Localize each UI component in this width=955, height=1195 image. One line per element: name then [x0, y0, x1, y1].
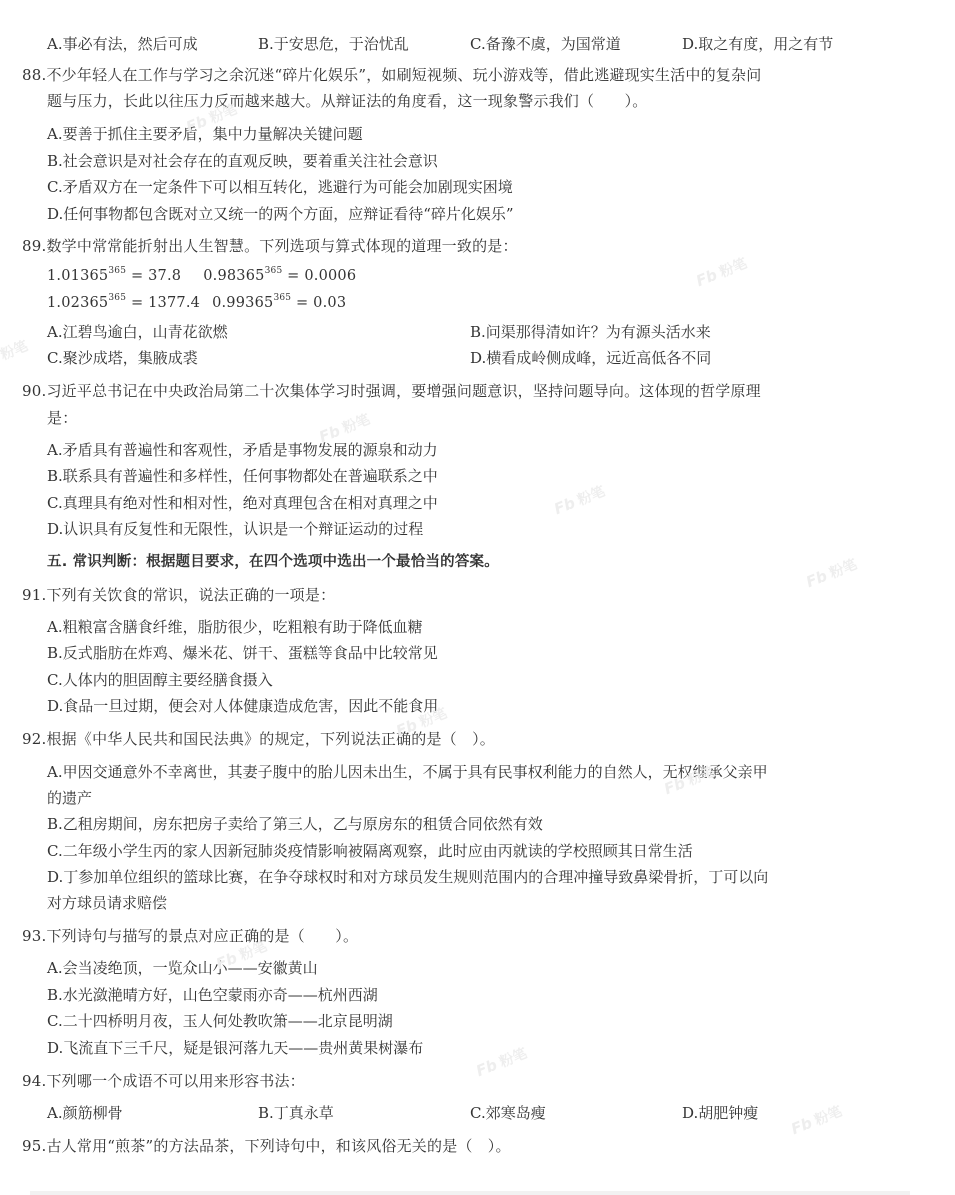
- q91-stem-text: 下列有关饮食的常识，说法正确的一项是：: [46, 586, 335, 604]
- q92-option-c[interactable]: C.二年级小学生丙的家人因新冠肺炎疫情影响被隔离观察，此时应由丙就读的学校照顾其…: [47, 841, 693, 861]
- formula-value: = 1377.4: [126, 295, 200, 311]
- q93-stem: 93.下列诗句与描写的景点对应正确的是（ ）。: [22, 926, 358, 946]
- q94-option-b[interactable]: B.丁真永草: [258, 1103, 334, 1123]
- q91-option-d[interactable]: D.食品一旦过期，便会对人体健康造成危害，因此不能食用: [47, 696, 438, 716]
- q94-option-c[interactable]: C.郊寒岛瘦: [470, 1103, 546, 1123]
- q87-option-d[interactable]: D.取之有度，用之有节: [682, 34, 833, 54]
- section-heading: 五. 常识判断：根据题目要求，在四个选项中选出一个最恰当的答案。: [47, 552, 499, 572]
- q88-option-b[interactable]: B.社会意识是对社会存在的直观反映，要着重关注社会意识: [47, 151, 438, 171]
- q89-option-d[interactable]: D.横看成岭侧成峰，远近高低各不同: [470, 348, 711, 368]
- q89-stem: 89.数学中常常能折射出人生智慧。下列选项与算式体现的道理一致的是：: [22, 236, 518, 256]
- q93-stem-text: 下列诗句与描写的景点对应正确的是（ ）。: [46, 927, 358, 945]
- q89-formula-row-2: 1.02365365 = 1377.40.99365365 = 0.03: [47, 289, 346, 313]
- question-number: 89.: [22, 236, 46, 256]
- q92-option-d[interactable]: D.丁参加单位组织的篮球比赛，在争夺球权时和对方球员发生规则范围内的合理冲撞导致…: [47, 867, 768, 887]
- q88-stem-line2: 题与压力，长此以往压力反而越来越大。从辩证法的角度看，这一现象警示我们（ ）。: [47, 91, 648, 111]
- formula-value: = 0.0006: [282, 268, 356, 284]
- formula-base: 1.01365: [47, 268, 108, 284]
- q89-option-a[interactable]: A.江碧鸟逾白，山青花欲燃: [47, 322, 228, 342]
- q92-option-a-cont[interactable]: 的遗产: [47, 788, 92, 808]
- question-number: 93.: [22, 926, 46, 946]
- q90-stem-line2: 是：: [47, 408, 77, 428]
- q87-option-b[interactable]: B.于安思危，于治忧乱: [258, 34, 409, 54]
- q94-stem-text: 下列哪一个成语不可以用来形容书法：: [46, 1072, 304, 1090]
- q87-option-a[interactable]: A.事必有法，然后可成: [47, 34, 198, 54]
- formula-value: = 37.8: [126, 268, 181, 284]
- q92-stem-text: 根据《中华人民共和国民法典》的规定，下列说法正确的是（ ）。: [46, 730, 495, 748]
- formula-base: 0.99365: [212, 295, 273, 311]
- q90-option-a[interactable]: A.矛盾具有普遍性和客观性，矛盾是事物发展的源泉和动力: [47, 440, 438, 460]
- question-number: 88.: [22, 65, 46, 85]
- q87-option-c[interactable]: C.备豫不虞，为国常道: [470, 34, 621, 54]
- watermark-logo-icon: Fb粉笔: [788, 1101, 845, 1139]
- formula-exponent: 365: [273, 293, 291, 303]
- q90-stem-line1: 习近平总书记在中央政治局第二十次集体学习时强调，要增强问题意识，坚持问题导向。这…: [46, 382, 760, 400]
- q92-option-b[interactable]: B.乙租房期间，房东把房子卖给了第三人，乙与原房东的租赁合同依然有效: [47, 814, 543, 834]
- question-number: 92.: [22, 729, 46, 749]
- q90-option-d[interactable]: D.认识具有反复性和无限性，认识是一个辩证运动的过程: [47, 519, 423, 539]
- q94-option-d[interactable]: D.胡肥钟瘦: [682, 1103, 758, 1123]
- q92-option-d-cont[interactable]: 对方球员请求赔偿: [47, 893, 167, 913]
- q92-stem: 92.根据《中华人民共和国民法典》的规定，下列说法正确的是（ ）。: [22, 729, 495, 749]
- q90-option-c[interactable]: C.真理具有绝对性和相对性，绝对真理包含在相对真理之中: [47, 493, 438, 513]
- q90-stem: 90.习近平总书记在中央政治局第二十次集体学习时强调，要增强问题意识，坚持问题导…: [22, 381, 761, 401]
- q89-option-b[interactable]: B.问渠那得清如许？为有源头活水来: [470, 322, 711, 342]
- q88-stem: 88.不少年轻人在工作与学习之余沉迷“碎片化娱乐”，如刷短视频、玩小游戏等，借此…: [22, 65, 761, 85]
- q93-option-d[interactable]: D.飞流直下三千尺，疑是银河落九天——贵州黄果树瀑布: [47, 1038, 423, 1058]
- q90-option-b[interactable]: B.联系具有普遍性和多样性，任何事物都处在普遍联系之中: [47, 466, 438, 486]
- formula-value: = 0.03: [291, 295, 346, 311]
- q89-option-c[interactable]: C.聚沙成塔，集腋成裘: [47, 348, 198, 368]
- q94-stem: 94.下列哪一个成语不可以用来形容书法：: [22, 1071, 305, 1091]
- formula-exponent: 365: [108, 266, 126, 276]
- watermark-logo-icon: Fb粉笔: [473, 1043, 530, 1081]
- q88-option-d[interactable]: D.任何事物都包含既对立又统一的两个方面，应辩证看待“碎片化娱乐”: [47, 204, 514, 224]
- question-number: 90.: [22, 381, 46, 401]
- formula-base: 1.02365: [47, 295, 108, 311]
- q89-stem-text: 数学中常常能折射出人生智慧。下列选项与算式体现的道理一致的是：: [46, 237, 517, 255]
- q91-stem: 91.下列有关饮食的常识，说法正确的一项是：: [22, 585, 335, 605]
- q93-option-b[interactable]: B.水光潋滟晴方好，山色空蒙雨亦奇——杭州西湖: [47, 985, 378, 1005]
- formula-exponent: 365: [265, 266, 283, 276]
- question-number: 91.: [22, 585, 46, 605]
- watermark-logo-icon: 粉笔: [0, 335, 31, 364]
- formula-base: 0.98365: [203, 268, 264, 284]
- q92-option-a[interactable]: A.甲因交通意外不幸离世，其妻子腹中的胎儿因未出生，不属于具有民事权利能力的自然…: [47, 762, 768, 782]
- q93-option-c[interactable]: C.二十四桥明月夜，玉人何处教吹箫——北京昆明湖: [47, 1011, 393, 1031]
- watermark-logo-icon: Fb粉笔: [551, 481, 608, 519]
- q95-stem-text: 古人常用“煎茶”的方法品茶，下列诗句中，和该风俗无关的是（ ）。: [46, 1137, 510, 1155]
- q88-stem-line1: 不少年轻人在工作与学习之余沉迷“碎片化娱乐”，如刷短视频、玩小游戏等，借此逃避现…: [46, 66, 761, 84]
- q91-option-c[interactable]: C.人体内的胆固醇主要经膳食摄入: [47, 670, 273, 690]
- q94-option-a[interactable]: A.颜筋柳骨: [47, 1103, 123, 1123]
- formula-exponent: 365: [108, 293, 126, 303]
- q88-option-c[interactable]: C.矛盾双方在一定条件下可以相互转化，逃避行为可能会加剧现实困境: [47, 177, 513, 197]
- question-number: 95.: [22, 1136, 46, 1156]
- q93-option-a[interactable]: A.会当凌绝顶，一览众山小——安徽黄山: [47, 958, 318, 978]
- watermark-logo-icon: Fb粉笔: [693, 253, 750, 291]
- watermark-logo-icon: Fb粉笔: [803, 554, 860, 592]
- page-bottom-divider: [30, 1191, 910, 1195]
- q88-option-a[interactable]: A.要善于抓住主要矛盾，集中力量解决关键问题: [47, 124, 363, 144]
- question-number: 94.: [22, 1071, 46, 1091]
- exam-page: A.事必有法，然后可成 B.于安思危，于治忧乱 C.备豫不虞，为国常道 D.取之…: [0, 0, 955, 1195]
- q95-stem: 95.古人常用“煎茶”的方法品茶，下列诗句中，和该风俗无关的是（ ）。: [22, 1136, 511, 1156]
- q91-option-a[interactable]: A.粗粮富含膳食纤维，脂肪很少，吃粗粮有助于降低血糖: [47, 617, 423, 637]
- q91-option-b[interactable]: B.反式脂肪在炸鸡、爆米花、饼干、蛋糕等食品中比较常见: [47, 643, 438, 663]
- q89-formula-row-1: 1.01365365 = 37.80.98365365 = 0.0006: [47, 262, 356, 286]
